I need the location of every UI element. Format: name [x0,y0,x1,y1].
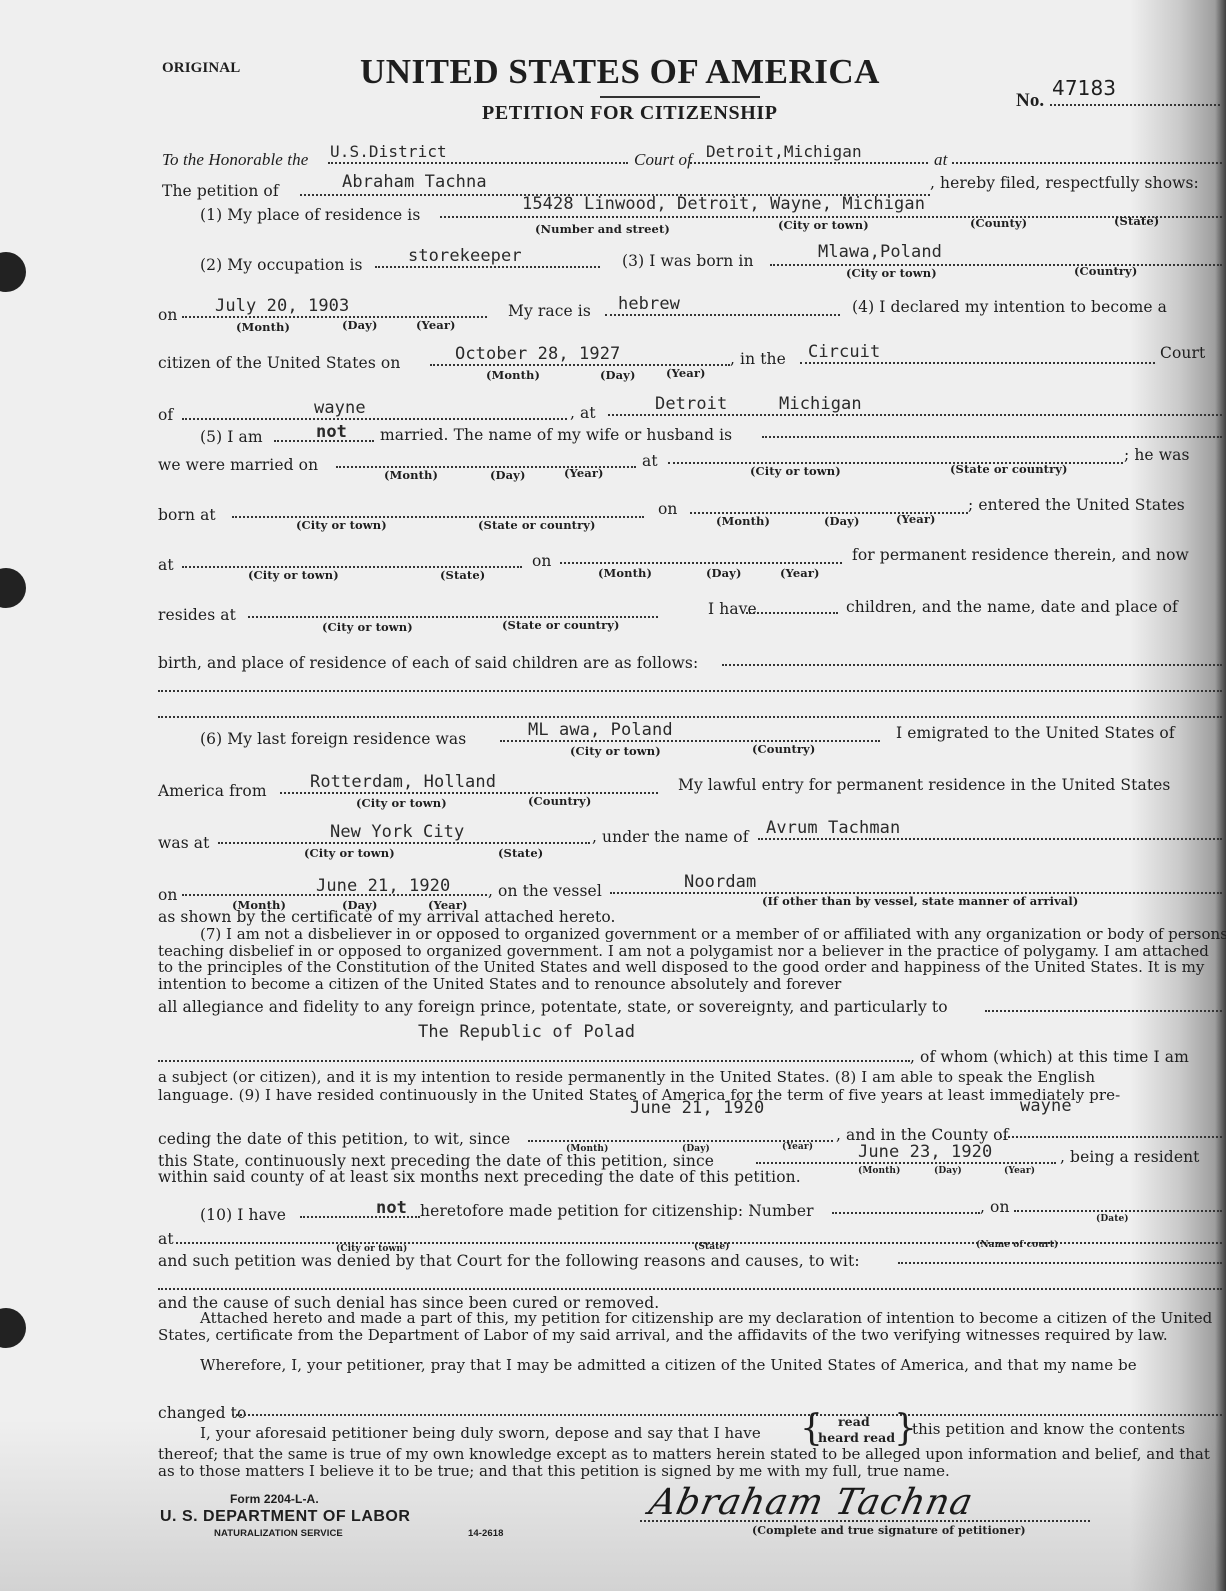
emigrated-label: I emigrated to the United States of [896,724,1175,742]
residence-label: (1) My place of residence is [200,206,420,224]
petition-number-label: No. [1016,90,1044,112]
last-residence-line [500,740,880,742]
caption: (City or town) [570,744,661,758]
spouse-name-line [762,436,1222,438]
signature-caption: (Complete and true signature of petition… [752,1524,1026,1537]
entered-label: ; entered the United States [968,496,1185,514]
caption: (Country) [1074,264,1137,278]
children-count-line [746,612,838,614]
petitioner-signature: Abraham Tachna [646,1482,977,1523]
thereof-paragraph: thereof; that the same is true of my own… [158,1446,1226,1480]
court-at-label: at [934,150,947,170]
caption: (Year) [564,466,604,480]
occupation-value: storekeeper [408,246,522,266]
caption: (City or town) [248,568,339,582]
certificate-line: as shown by the certificate of my arriva… [158,908,616,926]
under-name-line [758,838,1222,840]
sovereign-value: The Republic of Polad [418,1022,635,1042]
birth-date: July 20, 1903 [215,296,349,316]
of-label: of [158,406,173,424]
declaration-court: Circuit [808,342,880,362]
department-label: U. S. DEPARTMENT OF LABOR [160,1508,410,1526]
court-prefix: To the Honorable the [162,150,308,170]
caption: (Month) [236,320,290,334]
court-at-line [952,162,1222,164]
allegiance-line-fill [985,1010,1222,1012]
six-months-line: within said county of at least six month… [158,1168,801,1186]
caption: (Year) [416,318,456,332]
caption: (County) [970,216,1027,230]
petition-date-line [1014,1210,1222,1212]
petition-document: ORIGINAL UNITED STATES OF AMERICA PETITI… [0,0,1226,1591]
caption: (State) [498,846,543,860]
vessel-label: , on the vessel [488,882,602,900]
declaration-county-line [182,418,567,420]
race-value: hebrew [618,294,680,314]
signature-line [640,1520,1090,1522]
caption: (Day) [706,566,742,580]
denied-reasons-line-2 [158,1288,1222,1290]
caption: (Day) [934,1166,962,1176]
declaration-county: wayne [314,398,366,418]
title-rule [600,96,760,98]
caption: (Year) [782,1142,813,1152]
caption: (Year) [780,566,820,580]
court-of-label: Court of [634,150,692,170]
caption: (Month) [598,566,652,580]
item10-suffix: heretofore made petition for citizenship… [420,1202,814,1220]
arrival-on-label: on [158,886,178,904]
petitioner-name: Abraham Tachna [342,172,487,192]
punch-hole [0,252,26,292]
caption: (Month) [384,468,438,482]
item10-value: not [376,1198,407,1218]
permanent-label: for permanent residence therein, and now [852,546,1189,564]
at-label: , at [570,404,596,422]
state-since-line [756,1162,1056,1164]
caption: (Year) [1004,1166,1035,1176]
married-suffix: married. The name of my wife or husband … [380,426,732,444]
wherefore-line: Wherefore, I, your petitioner, pray that… [200,1356,1137,1374]
arrival-date-line [182,894,487,896]
caption: (Month) [716,514,770,528]
caption: (Day) [490,468,526,482]
married-value: not [316,422,347,442]
declaration-court-line [800,362,1155,364]
item10-at-label: at [158,1230,174,1248]
born-on-label: on [658,500,678,518]
caption: (State or country) [502,618,620,632]
county-value: wayne [1020,1096,1072,1116]
caption: (Day) [342,318,378,332]
lawful-entry-label: My lawful entry for permanent residence … [678,776,1170,794]
sworn-prefix: I, your aforesaid petitioner being duly … [200,1424,761,1442]
born-in-value: Mlawa,Poland [818,242,942,262]
entry-on-label: on [532,552,552,570]
court-location: Detroit,Michigan [706,142,862,161]
caption: (State or country) [478,518,596,532]
caption: (Day) [824,514,860,528]
denied-line: and such petition was denied by that Cou… [158,1252,860,1270]
allegiance-line: all allegiance and fidelity to any forei… [158,998,948,1016]
declaration-date: October 28, 1927 [455,344,620,364]
caption: (State) [440,568,485,582]
resident-label: , being a resident [1060,1148,1200,1166]
court-name: U.S.District [330,142,447,161]
birth-on-label: on [158,306,178,324]
was-at-label: was at [158,834,209,852]
punch-hole [0,568,26,608]
original-label: ORIGINAL [162,60,240,77]
children-line [722,664,1222,666]
changed-to-line [232,1414,1222,1416]
caption: (City or town) [846,266,937,280]
caption: (City or town) [750,464,841,478]
item10-line [300,1216,420,1218]
i-have-label: I have [708,600,757,618]
caption: (Month) [858,1166,900,1176]
number-line [1050,104,1220,106]
caption: (City or town) [304,846,395,860]
caption: (Number and street) [535,222,670,236]
state-since-value: June 23, 1920 [858,1142,992,1162]
caption: (Country) [528,794,591,808]
caption: (Month) [486,368,540,382]
entry-on-line [560,562,842,564]
under-name-value: Avrum Tachman [766,818,900,838]
subject-line: a subject (or citizen), and it is my int… [158,1068,1095,1086]
sworn-suffix: this petition and know the contents [912,1420,1185,1438]
service-label: NATURALIZATION SERVICE [214,1528,343,1539]
court-name-line [328,162,628,164]
married-on-label: we were married on [158,456,318,474]
petitioner-suffix: , hereby filed, respectfully shows: [930,174,1199,192]
america-from-line [280,792,658,794]
caption: (State) [694,1242,730,1252]
caption: (City or town) [356,796,447,810]
vessel-value: Noordam [684,872,756,892]
born-in-line [770,264,1222,266]
was-at-line [218,842,590,844]
caption: (State) [1114,214,1159,228]
entry-at-label: at [158,556,174,574]
heard-read-option: heard read [818,1430,895,1445]
resides-at-label: resides at [158,606,236,624]
punch-hole [0,1308,26,1348]
occupation-label: (2) My occupation is [200,256,363,274]
item10-label: (10) I have [200,1206,286,1224]
changed-to-label: changed to [158,1404,246,1422]
arrival-date: June 21, 1920 [316,876,450,896]
since-value: June 21, 1920 [630,1098,764,1118]
since-label: ceding the date of this petition, to wit… [158,1130,510,1148]
born-in-label: (3) I was born in [622,252,754,270]
america-from-value: Rotterdam, Holland [310,772,496,792]
race-label: My race is [508,302,591,320]
caption: (Year) [666,366,706,380]
read-option: read [838,1414,870,1429]
declaration-place: Detroit Michigan [655,394,862,414]
caption: (City or town) [296,518,387,532]
print-code: 14-2618 [468,1528,504,1539]
item10-on-label: , on [980,1198,1010,1216]
race-line [605,314,840,316]
citizen-on-label: citizen of the United States on [158,354,400,372]
attached-paragraph: Attached hereto and made a part of this,… [158,1310,1226,1344]
form-number: Form 2204-L-A. [230,1492,319,1506]
caption: (State or country) [950,462,1068,476]
residence-value: 15428 Linwood, Detroit, Wayne, Michigan [522,194,925,214]
he-label: ; he was [1124,446,1190,464]
petition-number: 47183 [1052,76,1116,100]
caption: (Day) [600,368,636,382]
denied-reasons-line [898,1262,1222,1264]
caption: (Date) [1096,1214,1129,1224]
married-line [274,440,374,442]
declaration-place-line [608,414,1222,416]
caption: (Name of court) [976,1240,1058,1250]
court-location-line [690,162,928,164]
children-line-2 [158,690,1222,692]
caption: (Country) [752,742,815,756]
children-line-label: birth, and place of residence of each of… [158,654,698,672]
document-subtitle: PETITION FOR CITIZENSHIP [482,102,778,125]
caption: (If other than by vessel, state manner o… [762,894,1078,908]
court-suffix: Court [1160,344,1205,362]
document-title: UNITED STATES OF AMERICA [360,52,880,92]
last-residence-value: ML awa, Poland [528,720,673,740]
item7-paragraph: (7) I am not a disbeliever in or opposed… [158,926,1226,992]
in-the-label: , in the [730,350,786,368]
caption: (City or town) [322,620,413,634]
under-name-label: , under the name of [592,828,749,846]
petitioner-prefix: The petition of [162,182,279,200]
was-at-value: New York City [330,822,464,842]
married-label: (5) I am [200,428,263,446]
petition-number-line [832,1212,980,1214]
sovereign-line [158,1060,910,1062]
america-from-label: America from [158,782,267,800]
born-at-label: born at [158,506,216,524]
occupation-line [375,266,600,268]
children-line-3 [158,716,1222,718]
caption: (Year) [896,512,936,526]
last-residence-label: (6) My last foreign residence was [200,730,466,748]
married-at-label: at [642,452,658,470]
declared-label: (4) I declared my intention to become a [852,298,1167,316]
children-label: children, and the name, date and place o… [846,598,1178,616]
whom-label: , of whom (which) at this time I am [910,1048,1189,1066]
caption: (City or town) [778,218,869,232]
county-line [1000,1136,1222,1138]
